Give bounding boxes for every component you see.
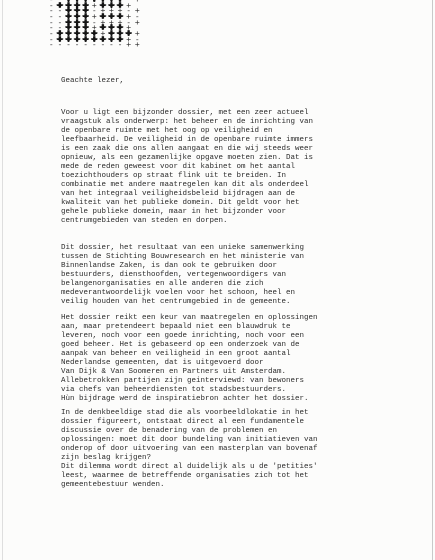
letter-paragraph: Voor u ligt een bijzonder dossier, met e… [61, 109, 313, 226]
scanned-letter-page: -++++++++-+++++++++--+++-+++-+--++++++++… [0, 0, 435, 560]
salutation-text: Geachte lezer, [61, 77, 124, 86]
scan-edge-left [2, 0, 3, 560]
letter-paragraph: Dit dossier, het resultaat van een uniek… [61, 244, 304, 307]
letter-paragraph: In de denkbeeldige stad die als voorbeel… [61, 409, 318, 490]
scan-edge-right [432, 0, 433, 560]
letter-paragraph: Het dossier reikt een keur van maatregel… [61, 314, 318, 404]
typewriter-cross-logo-icon: -++++++++-+++++++++--+++-+++-+--++++++++… [47, 0, 142, 48]
